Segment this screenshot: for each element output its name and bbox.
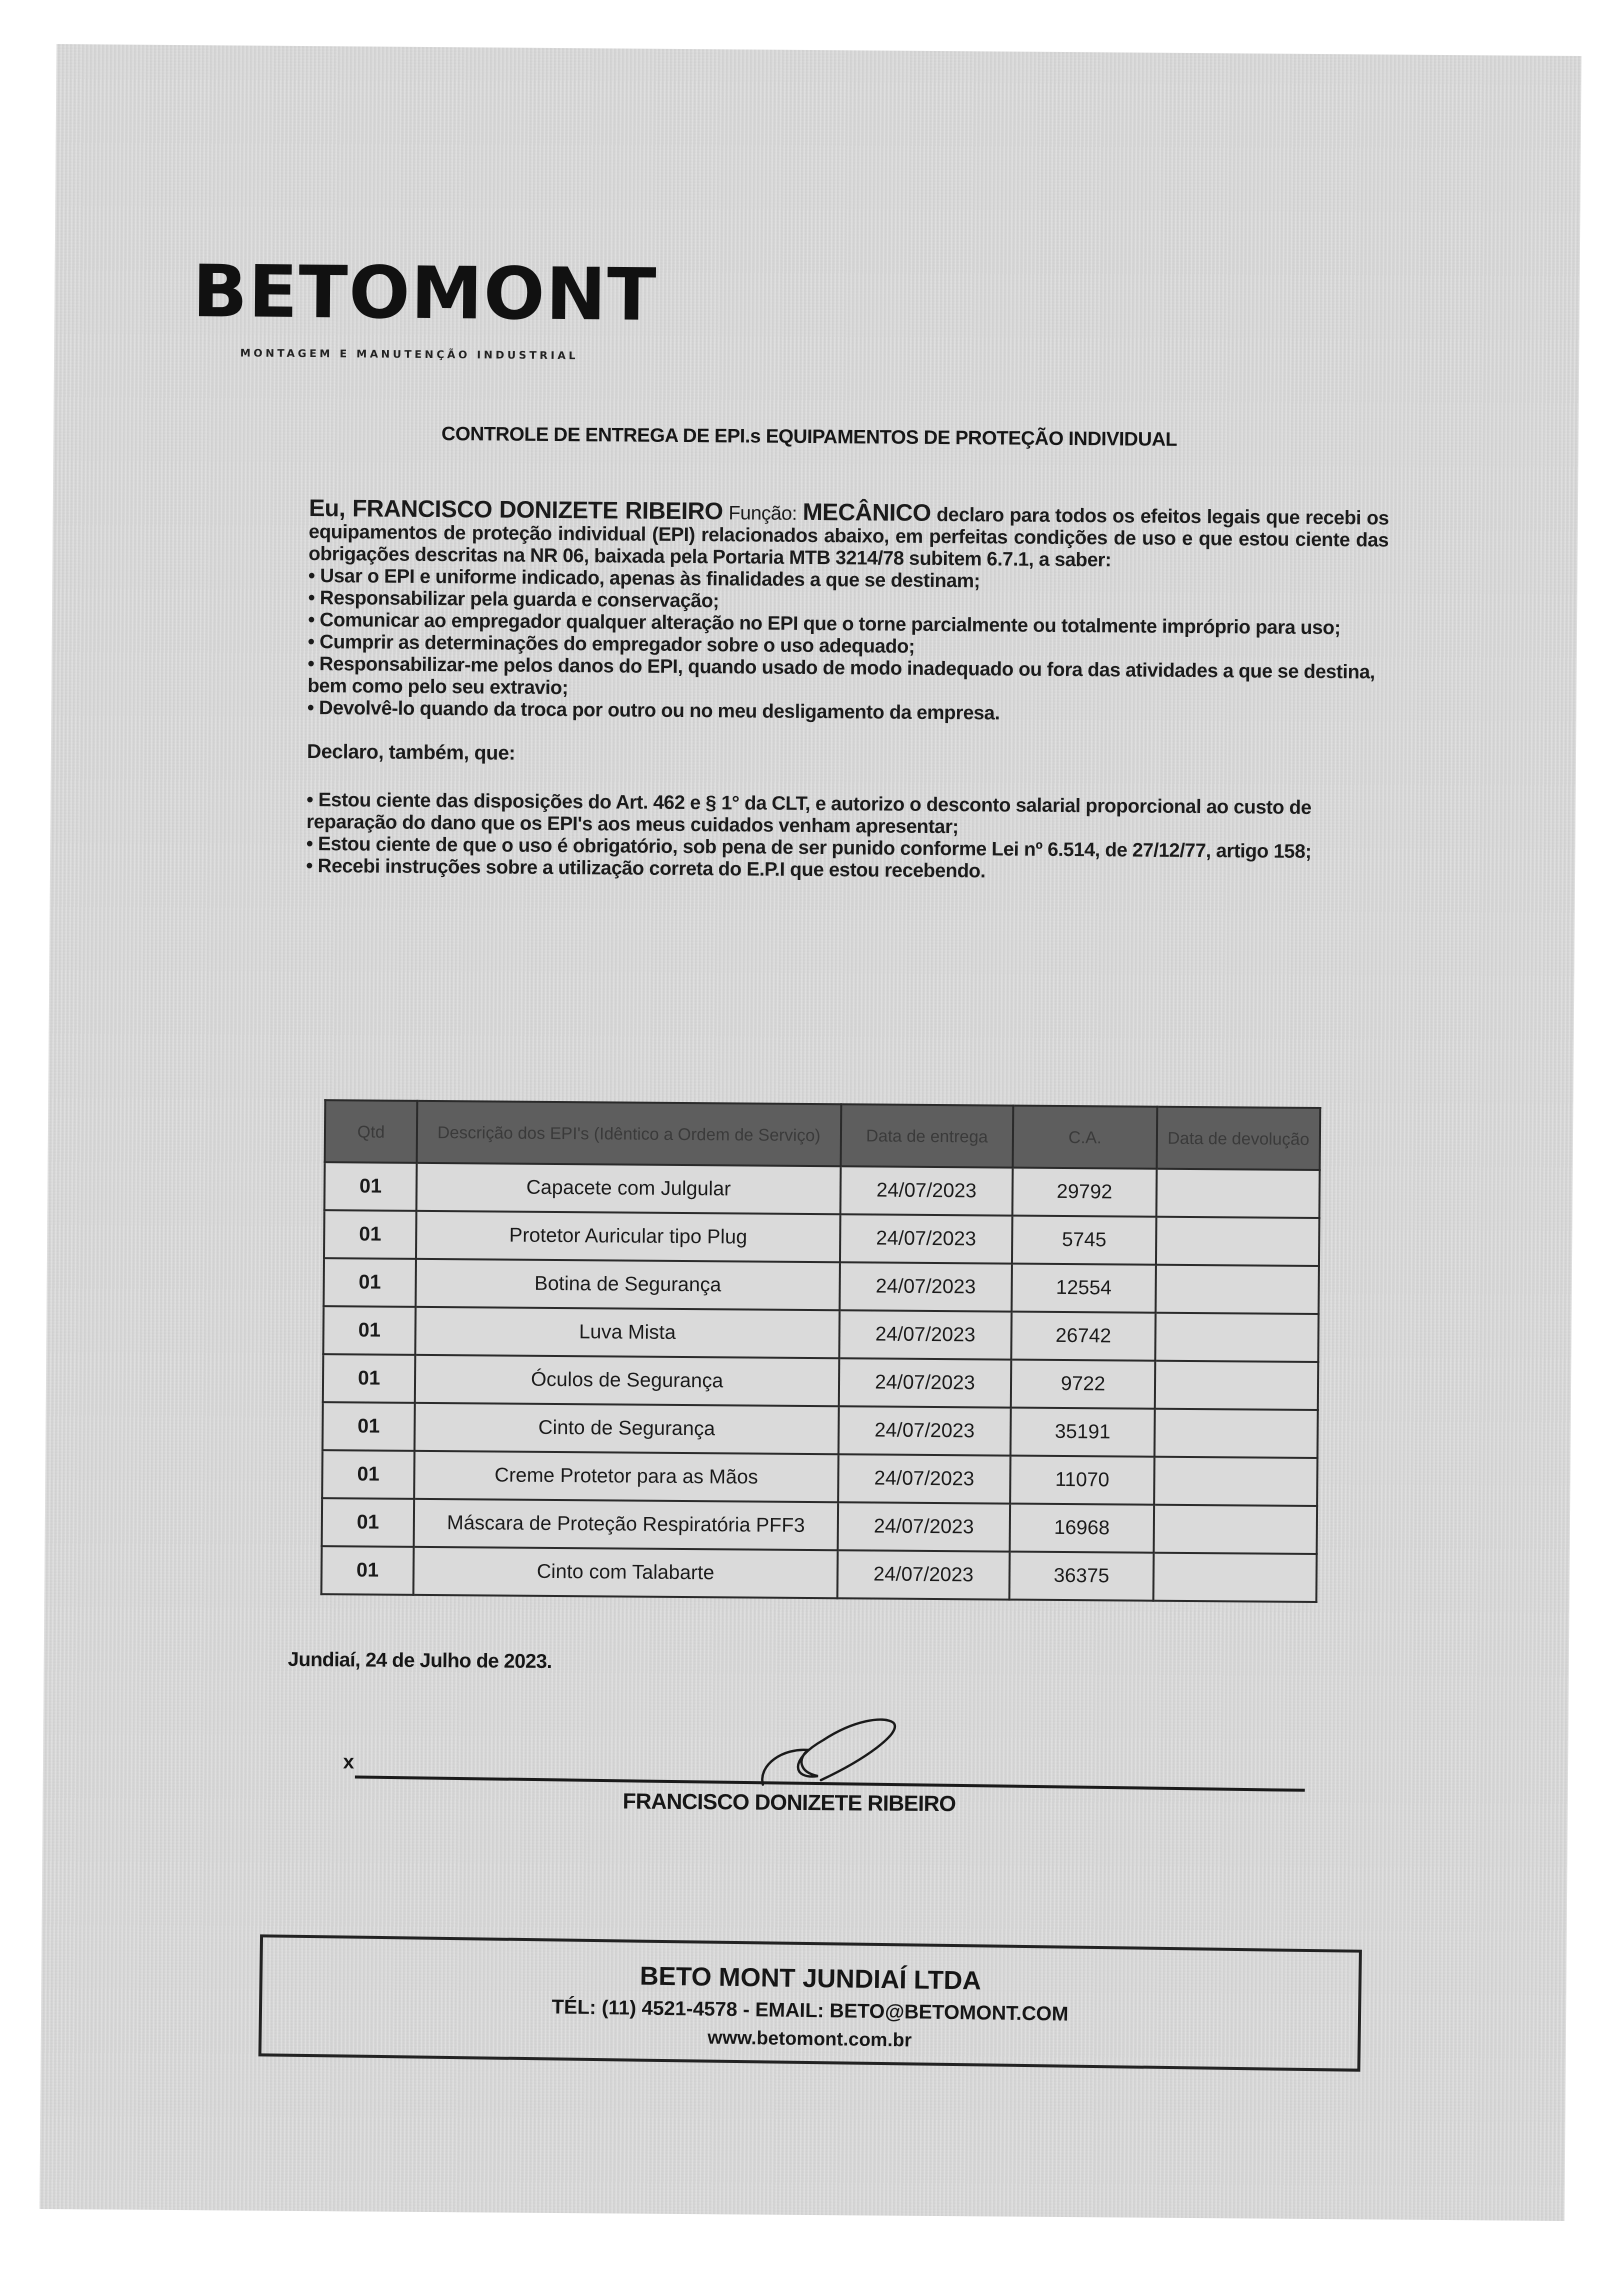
cell-ca: 12554 xyxy=(1012,1264,1156,1313)
declaration-intro: Eu, FRANCISCO DONIZETE RIBEIRO Função: M… xyxy=(308,498,1388,573)
also-declare-heading: Declaro, também, que: xyxy=(307,741,1387,771)
signatory-name: FRANCISCO DONIZETE RIBEIRO xyxy=(623,1789,956,1818)
logo-tagline: MONTAGEM E MANUTENÇÃO INDUSTRIAL xyxy=(240,347,657,362)
cell-ca: 9722 xyxy=(1011,1360,1155,1409)
cell-ca: 29792 xyxy=(1012,1168,1156,1217)
cell-return-date xyxy=(1154,1409,1317,1458)
cell-return-date xyxy=(1155,1313,1318,1362)
cell-return-date xyxy=(1154,1505,1317,1554)
table-row: 01Creme Protetor para as Mãos24/07/20231… xyxy=(322,1450,1317,1506)
cell-description: Luva Mista xyxy=(415,1307,839,1358)
cell-description: Máscara de Proteção Respiratória PFF3 xyxy=(414,1499,838,1550)
employee-role: MECÂNICO xyxy=(803,499,931,527)
role-label: Função: xyxy=(723,502,803,525)
cell-qtd: 01 xyxy=(321,1546,413,1595)
employee-name: FRANCISCO DONIZETE RIBEIRO xyxy=(352,495,723,525)
cell-ca: 16968 xyxy=(1010,1504,1154,1553)
cell-qtd: 01 xyxy=(322,1450,414,1499)
table-row: 01Botina de Segurança24/07/202312554 xyxy=(324,1258,1319,1314)
cell-return-date xyxy=(1156,1265,1319,1314)
cell-return-date xyxy=(1156,1169,1319,1218)
table-header-row: Qtd Descrição dos EPI's (Idêntico a Orde… xyxy=(325,1100,1320,1170)
cell-description: Cinto de Segurança xyxy=(414,1403,838,1454)
scanned-page: BETOMONT MONTAGEM E MANUTENÇÃO INDUSTRIA… xyxy=(40,44,1582,2221)
cell-return-date xyxy=(1155,1361,1318,1410)
cell-qtd: 01 xyxy=(324,1162,416,1211)
cell-delivery-date: 24/07/2023 xyxy=(838,1454,1010,1503)
table-row: 01Máscara de Proteção Respiratória PFF32… xyxy=(322,1498,1317,1554)
cell-delivery-date: 24/07/2023 xyxy=(838,1502,1010,1551)
cell-ca: 5745 xyxy=(1012,1216,1156,1265)
header-return-date: Data de devolução xyxy=(1157,1107,1320,1170)
header-ca: C.A. xyxy=(1013,1106,1157,1169)
cell-qtd: 01 xyxy=(322,1498,414,1547)
cell-ca: 36375 xyxy=(1009,1552,1153,1601)
cell-delivery-date: 24/07/2023 xyxy=(840,1166,1012,1215)
cell-ca: 26742 xyxy=(1011,1312,1155,1361)
header-qtd: Qtd xyxy=(325,1100,417,1163)
table-row: 01Óculos de Segurança24/07/20239722 xyxy=(323,1354,1318,1410)
cell-delivery-date: 24/07/2023 xyxy=(837,1550,1009,1599)
cell-return-date xyxy=(1153,1553,1316,1602)
signature-mark: x xyxy=(343,1751,354,1774)
table-body: 01Capacete com Julgular24/07/20232979201… xyxy=(321,1162,1319,1602)
handwritten-signature-icon xyxy=(743,1709,944,1791)
company-footer: BETO MONT JUNDIAÍ LTDA TÉL: (11) 4521-45… xyxy=(258,1934,1362,2071)
obligations-list: Usar o EPI e uniforme indicado, apenas à… xyxy=(307,565,1388,727)
cell-ca: 11070 xyxy=(1010,1456,1154,1505)
cell-delivery-date: 24/07/2023 xyxy=(838,1406,1010,1455)
also-declare-list: Estou ciente das disposições do Art. 462… xyxy=(306,789,1387,885)
cell-description: Cinto com Talabarte xyxy=(413,1547,837,1598)
header-delivery-date: Data de entrega xyxy=(841,1104,1013,1167)
cell-delivery-date: 24/07/2023 xyxy=(839,1310,1011,1359)
intro-prefix: Eu, xyxy=(309,495,353,522)
epi-table: Qtd Descrição dos EPI's (Idêntico a Orde… xyxy=(320,1099,1321,1603)
cell-delivery-date: 24/07/2023 xyxy=(840,1214,1012,1263)
table-row: 01Protetor Auricular tipo Plug24/07/2023… xyxy=(324,1210,1319,1266)
cell-description: Capacete com Julgular xyxy=(416,1163,840,1214)
table-row: 01Cinto de Segurança24/07/202335191 xyxy=(322,1402,1317,1458)
cell-description: Óculos de Segurança xyxy=(415,1355,839,1406)
place-date: Jundiaí, 24 de Julho de 2023. xyxy=(288,1649,552,1674)
table-row: 01Luva Mista24/07/202326742 xyxy=(323,1306,1318,1362)
cell-return-date xyxy=(1154,1457,1317,1506)
logo-wordmark: BETOMONT xyxy=(192,255,657,331)
table-row: 01Capacete com Julgular24/07/202329792 xyxy=(324,1162,1319,1218)
table-row: 01Cinto com Talabarte24/07/202336375 xyxy=(321,1546,1316,1602)
cell-qtd: 01 xyxy=(322,1402,414,1451)
cell-description: Botina de Segurança xyxy=(416,1259,840,1310)
company-logo: BETOMONT MONTAGEM E MANUTENÇÃO INDUSTRIA… xyxy=(192,255,657,363)
cell-qtd: 01 xyxy=(323,1306,415,1355)
cell-qtd: 01 xyxy=(324,1210,416,1259)
declaration-section: Eu, FRANCISCO DONIZETE RIBEIRO Função: M… xyxy=(306,498,1389,885)
cell-return-date xyxy=(1156,1217,1319,1266)
cell-qtd: 01 xyxy=(323,1354,415,1403)
header-description: Descrição dos EPI's (Idêntico a Ordem de… xyxy=(417,1101,841,1166)
cell-delivery-date: 24/07/2023 xyxy=(840,1262,1012,1311)
cell-delivery-date: 24/07/2023 xyxy=(839,1358,1011,1407)
cell-description: Creme Protetor para as Mãos xyxy=(414,1451,838,1502)
cell-ca: 35191 xyxy=(1010,1408,1154,1457)
cell-qtd: 01 xyxy=(324,1258,416,1307)
document-title: CONTROLE DE ENTREGA DE EPI.s EQUIPAMENTO… xyxy=(441,423,1177,452)
cell-description: Protetor Auricular tipo Plug xyxy=(416,1211,840,1262)
